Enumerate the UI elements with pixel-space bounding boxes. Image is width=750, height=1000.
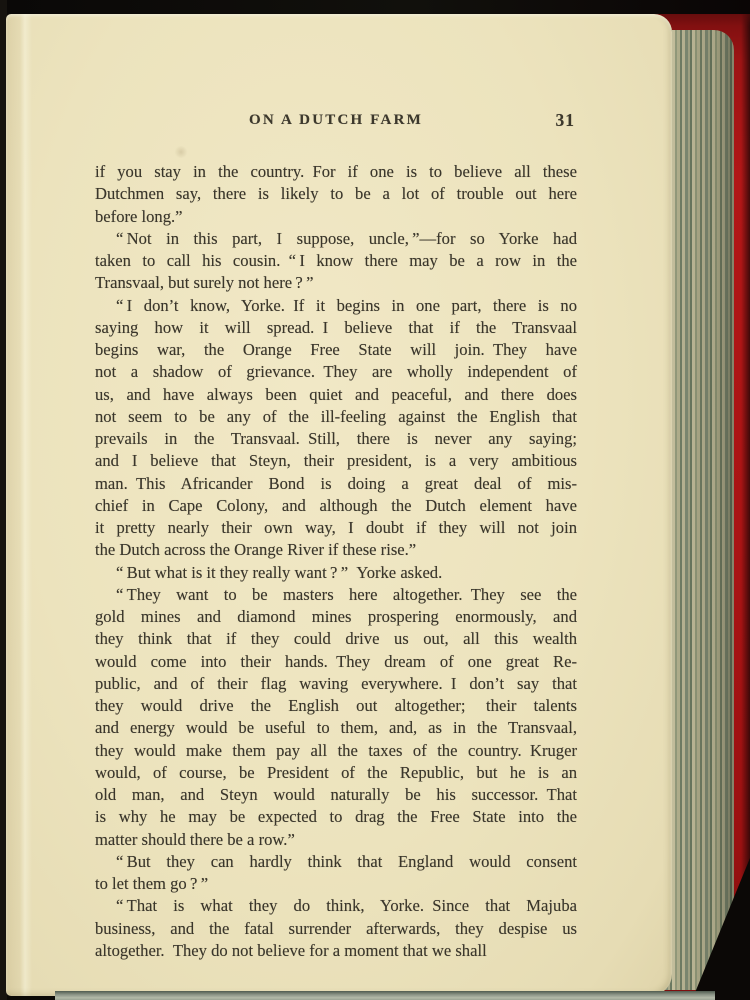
- text-line: “ I don’t know, Yorke. If it begins in o…: [95, 295, 577, 317]
- text-line: and energy would be useful to them, and,…: [95, 717, 577, 739]
- text-line: to let them go ? ”: [95, 873, 577, 895]
- text-line: public, and of their flag waving everywh…: [95, 673, 577, 695]
- book-page: ON A DUTCH FARM 31 if you stay in the co…: [6, 14, 672, 996]
- text-line: not a shadow of grievance. They are whol…: [95, 361, 577, 383]
- text-line: saying how it will spread. I believe tha…: [95, 317, 577, 339]
- text-line: taken to call his cousin. “ I know there…: [95, 250, 577, 272]
- text-block-body: if you stay in the country. For if one i…: [95, 161, 577, 962]
- text-block: ON A DUTCH FARM 31 if you stay in the co…: [95, 112, 577, 962]
- text-line: matter should there be a row.”: [95, 829, 577, 851]
- book-cover-shade: [741, 0, 750, 1000]
- paragraph: “ I don’t know, Yorke. If it begins in o…: [95, 295, 577, 562]
- text-line: prevails in the Transvaal. Still, there …: [95, 428, 577, 450]
- bottom-page-edges: [55, 991, 715, 1000]
- text-line: old man, and Steyn would naturally be hi…: [95, 784, 577, 806]
- text-line: and I believe that Steyn, their presiden…: [95, 450, 577, 472]
- paragraph: “ That is what they do think, Yorke. Sin…: [95, 895, 577, 962]
- text-line: “ But what is it they really want ? ” Yo…: [95, 562, 577, 584]
- text-line: before long.”: [95, 206, 577, 228]
- text-line: “ Not in this part, I suppose, uncle, ”—…: [95, 228, 577, 250]
- text-line: “ That is what they do think, Yorke. Sin…: [95, 895, 577, 917]
- text-line: altogether. They do not believe for a mo…: [95, 940, 577, 962]
- top-black-band: [0, 0, 750, 14]
- paragraph: “ They want to be masters here altogethe…: [95, 584, 577, 851]
- paragraph: “ But they can hardly think that England…: [95, 851, 577, 896]
- text-line: if you stay in the country. For if one i…: [95, 161, 577, 183]
- text-line: gold mines and diamond mines prospering …: [95, 606, 577, 628]
- text-line: business, and the fatal surrender afterw…: [95, 918, 577, 940]
- paragraph: “ Not in this part, I suppose, uncle, ”—…: [95, 228, 577, 295]
- paragraph: “ But what is it they really want ? ” Yo…: [95, 562, 577, 584]
- text-line: chief in Cape Colony, and although the D…: [95, 495, 577, 517]
- page-header: ON A DUTCH FARM 31: [95, 112, 577, 148]
- text-line: it pretty nearly their own way, I doubt …: [95, 517, 577, 539]
- page-number: 31: [556, 110, 576, 131]
- text-line: would, of course, be President of the Re…: [95, 762, 577, 784]
- text-line: Dutchmen say, there is likely to be a lo…: [95, 183, 577, 205]
- text-line: us, and have always been quiet and peace…: [95, 384, 577, 406]
- text-line: they would drive the English out altoget…: [95, 695, 577, 717]
- running-title: ON A DUTCH FARM: [95, 112, 577, 129]
- text-line: “ They want to be masters here altogethe…: [95, 584, 577, 606]
- text-line: begins war, the Orange Free State will j…: [95, 339, 577, 361]
- text-line: Transvaal, but surely not here ? ”: [95, 272, 577, 294]
- text-line: not seem to be any of the ill-feeling ag…: [95, 406, 577, 428]
- text-line: would come into their hands. They dream …: [95, 651, 577, 673]
- text-line: man. This Africander Bond is doing a gre…: [95, 473, 577, 495]
- text-line: “ But they can hardly think that England…: [95, 851, 577, 873]
- text-line: they would make them pay all the taxes o…: [95, 740, 577, 762]
- text-line: the Dutch across the Orange River if the…: [95, 539, 577, 561]
- text-line: they think that if they could drive us o…: [95, 628, 577, 650]
- text-line: is why he may be expected to drag the Fr…: [95, 806, 577, 828]
- paragraph: if you stay in the country. For if one i…: [95, 161, 577, 228]
